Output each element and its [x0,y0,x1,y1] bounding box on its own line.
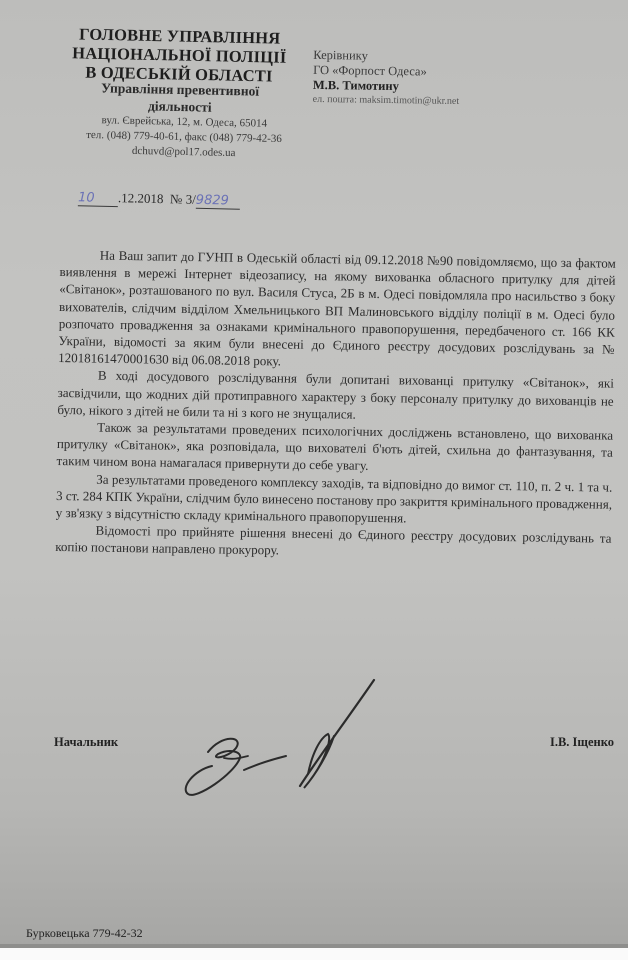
letter-body: На Ваш запит до ГУНП в Одеській області … [55,246,616,564]
letter-page: ГОЛОВНЕ УПРАВЛІННЯ НАЦІОНАЛЬНОЇ ПОЛІЦІЇ … [0,0,628,948]
body-paragraph: Відомості про прийняте рішення внесені д… [55,521,611,564]
recipient-email: ел. пошта: maksim.timotin@ukr.net [313,93,613,111]
executor-note: Бурковецька 779-42-32 [26,926,143,941]
signatory-title: Начальник [54,735,118,750]
recipient-block: Керівнику ГО «Форпост Одеса» М.В. Тимоти… [313,48,614,111]
body-paragraph: В ході досудового розслідування були доп… [57,366,614,426]
page-edge [0,948,628,960]
sender-letterhead: ГОЛОВНЕ УПРАВЛІННЯ НАЦІОНАЛЬНОЇ ПОЛІЦІЇ … [40,24,302,160]
body-paragraph: За результатами проведеного комплексу за… [56,470,613,530]
reference-date: .12.2018 [118,190,164,206]
body-paragraph: На Ваш запит до ГУНП в Одеській області … [58,246,616,375]
reference-number-prefix: № 3/ [170,191,196,207]
signatory-name: І.В. Іщенко [550,735,614,750]
handwritten-signature [178,678,388,818]
sender-contacts: вул. Єврейська, 12, м. Одеса, 65014 тел.… [66,113,303,163]
reference-line: 10.12.2018 № 3/9829 [78,189,240,209]
handwritten-day: 10 [78,190,95,205]
body-paragraph: Також за результатами проведених психоло… [56,418,613,478]
sender-organization: ГОЛОВНЕ УПРАВЛІННЯ НАЦІОНАЛЬНОЇ ПОЛІЦІЇ … [57,24,302,86]
handwritten-number: 9829 [196,193,229,209]
sender-department: Управління превентивної діяльності [58,78,303,117]
